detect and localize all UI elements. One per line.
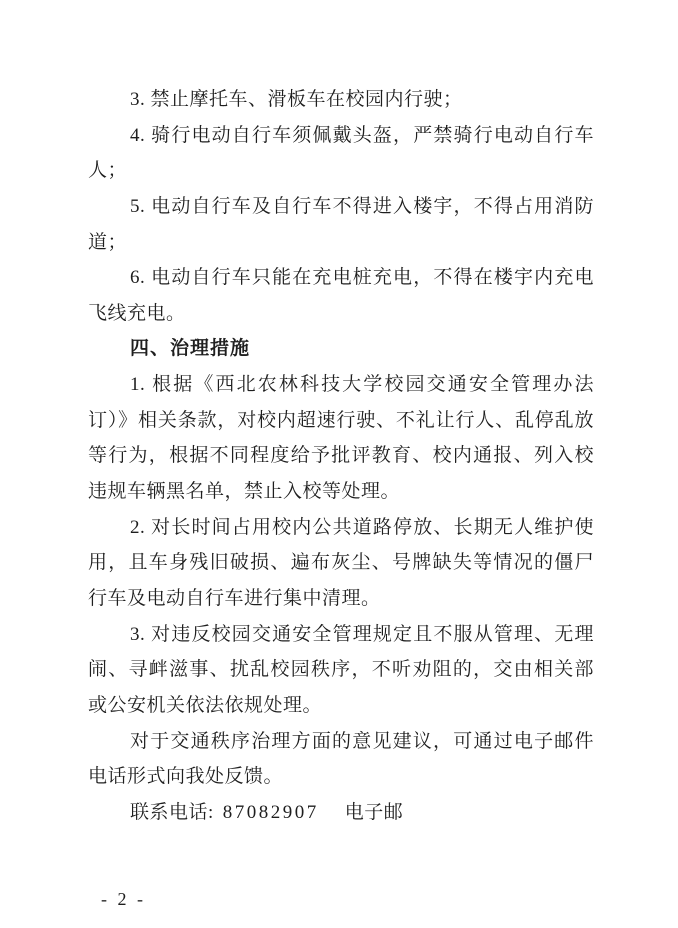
rule-6-line-1: 6. 电动自行车只能在充电桩充电，不得在楼宇内充电或 [88,260,594,296]
measure-3-line-2: 闹、寻衅滋事、扰乱校园秩序，不听劝阻的，交由相关部门 [88,652,594,688]
rule-4-line-2: 人； [88,153,594,189]
phone-number: 87082907 [223,802,319,823]
rule-3-line-1: 3. 禁止摩托车、滑板车在校园内行驶； [88,82,594,118]
document-page: 3. 禁止摩托车、滑板车在校园内行驶； 4. 骑行电动自行车须佩戴头盔，严禁骑行… [0,0,678,928]
contact-line: 联系电话:87082907电子邮箱:270250895@qq.com [88,795,594,831]
measure-1-line-4: 违规车辆黑名单，禁止入校等处理。 [88,474,594,510]
rule-4-line-1: 4. 骑行电动自行车须佩戴头盔，严禁骑行电动自行车带 [88,118,594,154]
measure-2-line-3: 行车及电动自行车进行集中清理。 [88,581,594,617]
rule-6-line-2: 飞线充电。 [88,296,594,332]
document-body: 3. 禁止摩托车、滑板车在校园内行驶； 4. 骑行电动自行车须佩戴头盔，严禁骑行… [88,82,594,830]
rule-5-line-2: 道； [88,225,594,261]
feedback-line-2: 电话形式向我处反馈。 [88,759,594,795]
measure-2-line-1: 2. 对长时间占用校内公共道路停放、长期无人维护使 [88,510,594,546]
measure-3-line-1: 3. 对违反校园交通安全管理规定且不服从管理、无理取 [88,617,594,653]
measure-1-line-1: 1. 根据《西北农林科技大学校园交通安全管理办法（修 [88,367,594,403]
measure-3-line-3: 或公安机关依法依规处理。 [88,688,594,724]
rule-5-line-1: 5. 电动自行车及自行车不得进入楼宇，不得占用消防通 [88,189,594,225]
measure-2-line-2: 用，且车身残旧破损、遍布灰尘、号牌缺失等情况的僵尸自 [88,545,594,581]
page-number: - 2 - [101,889,146,910]
phone-label: 联系电话: [130,802,214,823]
measure-1-line-2: 订）》相关条款，对校内超速行驶、不礼让行人、乱停乱放 [88,403,594,439]
feedback-line-1: 对于交通秩序治理方面的意见建议，可通过电子邮件或 [88,724,594,760]
measure-1-line-3: 等行为，根据不同程度给予批评教育、校内通报、列入校内 [88,438,594,474]
section-heading-measures: 四、治理措施 [88,331,594,367]
